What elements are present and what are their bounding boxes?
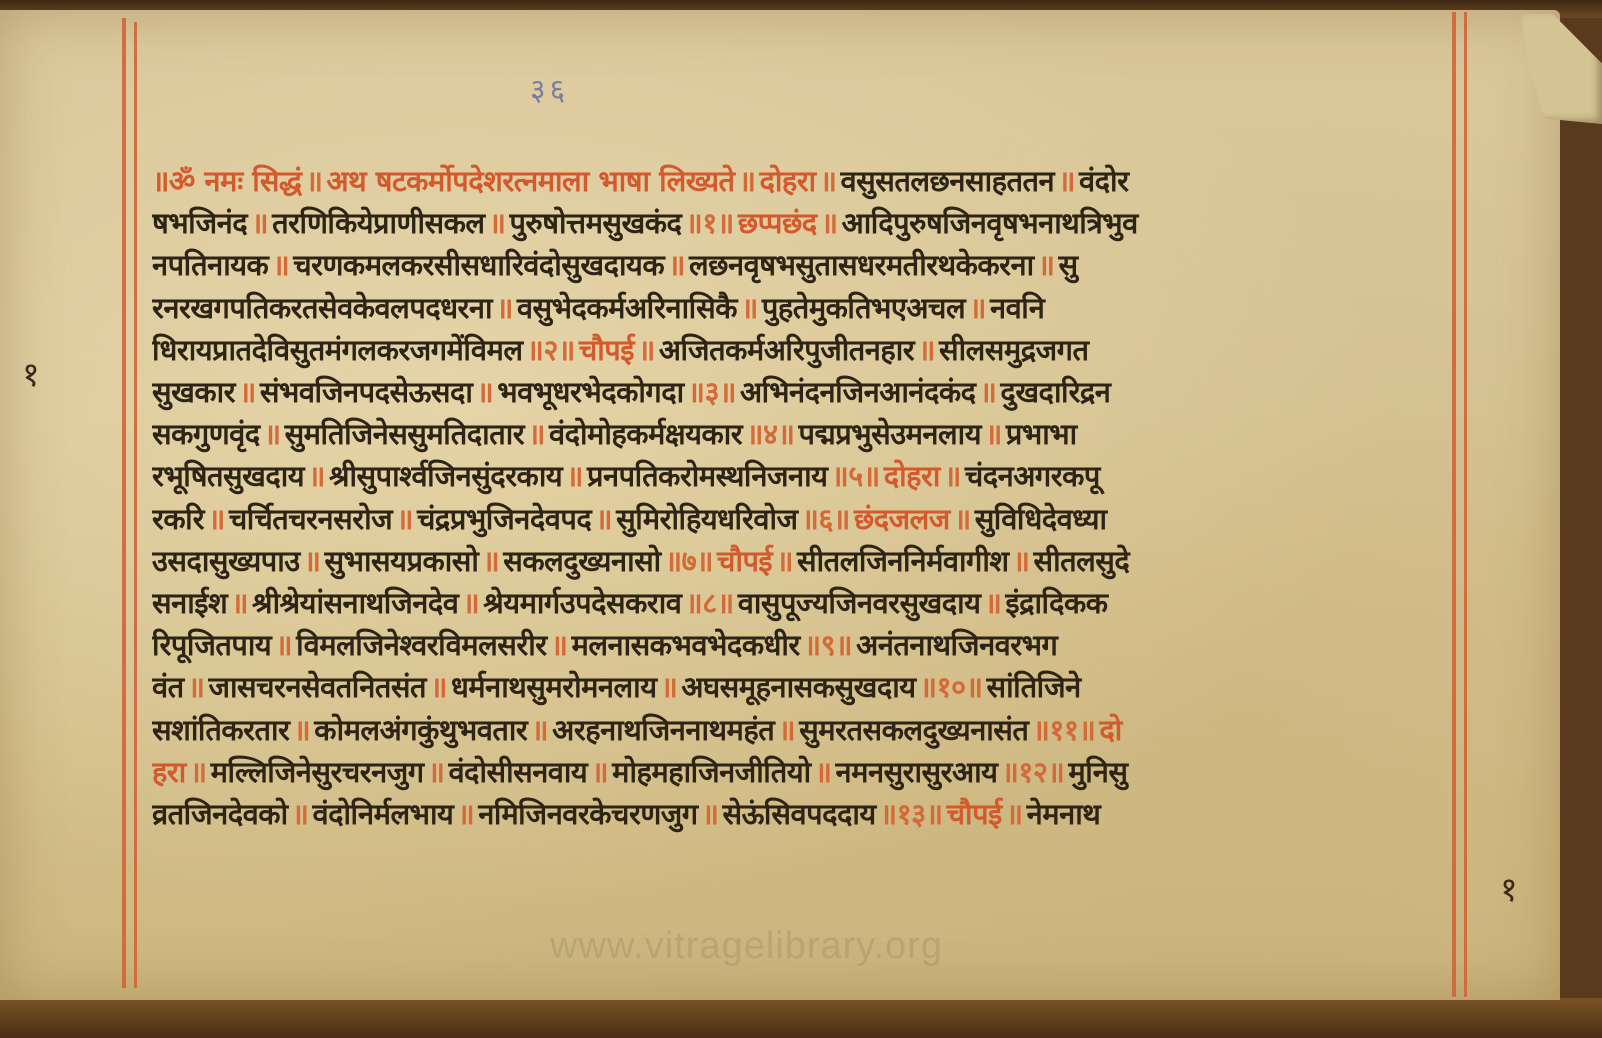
verse-separator: ॥५॥ bbox=[831, 455, 879, 497]
body-text: सीलसमुद्रजगत bbox=[939, 329, 1089, 371]
verse-separator: ॥ bbox=[638, 329, 655, 371]
body-text: नमनसुरासुरआय bbox=[836, 751, 998, 793]
verse-separator: ॥ bbox=[476, 371, 493, 413]
verse-separator: ॥ bbox=[208, 498, 225, 540]
watermark: www.vitragelibrary.org bbox=[550, 925, 943, 968]
manuscript-line: नपतिनायक॥चरणकमलकरसीसधारिवंदोसुखदायक॥लछनव… bbox=[152, 244, 1442, 286]
body-text: लछनवृषभसुतासधरमतीरथकेकरना bbox=[689, 244, 1034, 286]
body-text: दुखदारिद्रन bbox=[1000, 371, 1110, 413]
verse-separator: ॥ bbox=[661, 666, 678, 708]
body-text: वसुसतलछनसाहततन bbox=[841, 160, 1055, 202]
folio-number-left: १ bbox=[22, 350, 40, 396]
rubric-text: हरा bbox=[152, 751, 186, 793]
body-text: संभवजिनपदसेऊसदा bbox=[260, 371, 473, 413]
verse-separator: ॥ bbox=[668, 244, 685, 286]
body-text: अजितकर्मअरिपुजीतनहार bbox=[659, 329, 914, 371]
rubric-text: छप्पछंद bbox=[738, 202, 817, 244]
body-text: सनाईश bbox=[152, 582, 227, 624]
body-text: वंदोमोहकर्मक्षयकार bbox=[549, 413, 742, 455]
body-text: नपतिनायक bbox=[152, 244, 268, 286]
verse-separator: ॥ bbox=[591, 751, 608, 793]
body-text: पुहतेमुकतिभएअचल bbox=[762, 287, 965, 329]
rubric-text: चौपई bbox=[947, 793, 1002, 835]
body-text: श्रीसुपार्श्वजिनसुंदरकाय bbox=[329, 455, 562, 497]
verse-separator: ॥४॥ bbox=[746, 413, 794, 455]
verse-separator: ॥ bbox=[531, 709, 548, 751]
rubric-text: ॥ॐ नमः सिद्धं bbox=[152, 160, 302, 202]
body-text: रनरखगपतिकरतसेवकेवलपदधरना bbox=[152, 287, 492, 329]
verse-separator: ॥ bbox=[815, 751, 832, 793]
manuscript-line: ॥ॐ नमः सिद्धं॥अथ षटकर्मोपदेशरत्नमाला भाष… bbox=[152, 160, 1442, 202]
body-text: सुविधिदेवध्या bbox=[975, 498, 1107, 540]
left-margin-rule-outer bbox=[122, 18, 126, 988]
verse-separator: ॥९॥ bbox=[804, 624, 852, 666]
verse-separator: ॥ bbox=[304, 540, 321, 582]
verse-separator: ॥६॥ bbox=[802, 498, 850, 540]
verse-separator: ॥ bbox=[954, 498, 971, 540]
verse-separator: ॥ bbox=[188, 666, 205, 708]
body-text: वंत bbox=[152, 666, 184, 708]
body-text: अरहनाथजिननाथमहंत bbox=[552, 709, 774, 751]
manuscript-line: षभजिनंद॥तरणिकियेप्राणीसकल॥पुरुषोत्तमसुखक… bbox=[152, 202, 1442, 244]
body-text: धिरायप्रातदेविसुतमंगलकरजगमेंविमल bbox=[152, 329, 523, 371]
verse-separator: ॥ bbox=[462, 582, 479, 624]
verse-separator: ॥ bbox=[239, 371, 256, 413]
verse-separator: ॥ bbox=[918, 329, 935, 371]
verse-separator: ॥१॥ bbox=[685, 202, 733, 244]
verse-separator: ॥ bbox=[430, 666, 447, 708]
verse-separator: ॥ bbox=[496, 287, 513, 329]
verse-separator: ॥ bbox=[551, 624, 568, 666]
verse-separator: ॥ bbox=[293, 709, 310, 751]
body-text: प्रभाभा bbox=[1006, 413, 1077, 455]
pencil-annotation: ३६ bbox=[530, 68, 569, 109]
body-text: जासचरनसेवतनितसंत bbox=[209, 666, 427, 708]
body-text: चरणकमलकरसीसधारिवंदोसुखदायक bbox=[293, 244, 664, 286]
verse-separator: ॥ bbox=[702, 793, 719, 835]
body-text: सेऊंसिवपददाय bbox=[723, 793, 876, 835]
body-text: सुमिरोहियधरिवोज bbox=[616, 498, 797, 540]
verse-separator: ॥ bbox=[251, 202, 268, 244]
body-text: वंदोनिर्मलभाय bbox=[312, 793, 453, 835]
verse-separator: ॥ bbox=[292, 793, 309, 835]
verse-separator: ॥ bbox=[489, 202, 506, 244]
rubric-text: दो bbox=[1099, 709, 1121, 751]
verse-separator: ॥ bbox=[264, 413, 281, 455]
verse-separator: ॥ bbox=[1038, 244, 1055, 286]
verse-separator: ॥ bbox=[1013, 540, 1030, 582]
body-text: विमलजिनेश्वरविमलसरीर bbox=[296, 624, 547, 666]
body-text: उसदासुख्यपाउ bbox=[152, 540, 300, 582]
body-text: व्रतजिनदेवको bbox=[152, 793, 288, 835]
body-text: सकगुणवृंद bbox=[152, 413, 260, 455]
right-margin-rule-outer bbox=[1464, 12, 1467, 997]
body-text: रभूषितसुखदाय bbox=[152, 455, 304, 497]
body-text: वासुपूज्यजिनवरसुखदाय bbox=[738, 582, 981, 624]
verse-separator: ॥ bbox=[190, 751, 207, 793]
verse-separator: ॥ bbox=[428, 751, 445, 793]
body-text: आदिपुरुषजिनवृषभनाथत्रिभुव bbox=[842, 202, 1138, 244]
body-text: सांतिजिने bbox=[986, 666, 1080, 708]
verse-separator: ॥ bbox=[306, 160, 323, 202]
verse-separator: ॥ bbox=[820, 160, 837, 202]
body-text: श्रेयमार्गउपदेसकराव bbox=[483, 582, 681, 624]
manuscript-line: हरा॥मल्लिजिनेसुरचरनजुग॥वंदोसीसनवाय॥मोहमह… bbox=[152, 751, 1442, 793]
body-text: अनंतनाथजिनवरभग bbox=[856, 624, 1057, 666]
body-text: सीतलसुदे bbox=[1034, 540, 1130, 582]
body-text: चर्चितचरनसरोज bbox=[229, 498, 392, 540]
verse-separator: ॥ bbox=[980, 371, 997, 413]
body-text: वंदोसीसनवाय bbox=[448, 751, 587, 793]
verse-separator: ॥१०॥ bbox=[920, 666, 983, 708]
verse-separator: ॥ bbox=[528, 413, 545, 455]
body-text: चंदनअगरकपू bbox=[965, 455, 1100, 497]
verse-separator: ॥ bbox=[482, 540, 499, 582]
body-text: नवनि bbox=[990, 287, 1044, 329]
verse-separator: ॥८॥ bbox=[685, 582, 733, 624]
body-text: अभिनंदनजिनआनंदकंद bbox=[740, 371, 976, 413]
manuscript-line: रभूषितसुखदाय॥श्रीसुपार्श्वजिनसुंदरकाय॥प्… bbox=[152, 455, 1442, 497]
body-text: सशांतिकरतार bbox=[152, 709, 289, 751]
verse-separator: ॥३॥ bbox=[688, 371, 736, 413]
body-text: नमिजिनवरकेचरणजुग bbox=[478, 793, 697, 835]
verse-separator: ॥ bbox=[741, 287, 758, 329]
body-text: सीतलजिननिर्मवागीश bbox=[797, 540, 1009, 582]
body-text: सुभासयप्रकासो bbox=[325, 540, 479, 582]
manuscript-line: रनरखगपतिकरतसेवकेवलपदधरना॥वसुभेदकर्मअरिना… bbox=[152, 287, 1442, 329]
body-text: तरणिकियेप्राणीसकल bbox=[272, 202, 485, 244]
body-text: इंद्रादिकक bbox=[1005, 582, 1107, 624]
manuscript-line: धिरायप्रातदेविसुतमंगलकरजगमेंविमल॥२॥चौपई॥… bbox=[152, 329, 1442, 371]
verse-separator: ॥ bbox=[272, 244, 289, 286]
manuscript-line: रकरि॥चर्चितचरनसरोज॥चंद्रप्रभुजिनदेवपद॥सु… bbox=[152, 498, 1442, 540]
verse-separator: ॥२॥ bbox=[527, 329, 575, 371]
verse-separator: ॥ bbox=[1058, 160, 1075, 202]
body-text: सुमरतसकलदुख्यनासंत bbox=[799, 709, 1028, 751]
body-text: सु bbox=[1058, 244, 1077, 286]
body-text: सुमतिजिनेससुमतिदातार bbox=[285, 413, 525, 455]
verse-separator: ॥१३॥ bbox=[880, 793, 943, 835]
backdrop-bottom-edge bbox=[0, 998, 1602, 1038]
rubric-text: चौपई bbox=[717, 540, 772, 582]
body-text: श्रीश्रेयांसनाथजिनदेव bbox=[252, 582, 458, 624]
body-text: कोमलअंगकुंथुभवतार bbox=[314, 709, 527, 751]
verse-separator: ॥ bbox=[231, 582, 248, 624]
verse-separator: ॥११॥ bbox=[1032, 709, 1095, 751]
manuscript-line: सकगुणवृंद॥सुमतिजिनेससुमतिदातार॥वंदोमोहकर… bbox=[152, 413, 1442, 455]
verse-separator: ॥ bbox=[1006, 793, 1023, 835]
manuscript-line: वंत॥जासचरनसेवतनितसंत॥धर्मनाथसुमरोमनलाय॥अ… bbox=[152, 666, 1442, 708]
body-text: अघसमूहनासकसुखदाय bbox=[681, 666, 915, 708]
verse-separator: ॥ bbox=[566, 455, 583, 497]
manuscript-line: सुखकार॥संभवजिनपदसेऊसदा॥भवभूधरभेदकोगदा॥३॥… bbox=[152, 371, 1442, 413]
body-text: पुरुषोत्तमसुखकंद bbox=[509, 202, 681, 244]
body-text: रिपूजितपाय bbox=[152, 624, 271, 666]
body-text: मल्लिजिनेसुरचरनजुग bbox=[211, 751, 424, 793]
left-margin-rule-inner bbox=[134, 22, 137, 988]
manuscript-line: व्रतजिनदेवको॥वंदोनिर्मलभाय॥नमिजिनवरकेचरण… bbox=[152, 793, 1442, 835]
body-text: मोहमहाजिनजीतियो bbox=[612, 751, 811, 793]
manuscript-line: सनाईश॥श्रीश्रेयांसनाथजिनदेव॥श्रेयमार्गउप… bbox=[152, 582, 1442, 624]
right-margin-rule-inner bbox=[1452, 12, 1456, 997]
manuscript-line: उसदासुख्यपाउ॥सुभासयप्रकासो॥सकलदुख्यनासो॥… bbox=[152, 540, 1442, 582]
verse-separator: ॥१२॥ bbox=[1001, 751, 1064, 793]
body-text: वसुभेदकर्मअरिनासिकै bbox=[517, 287, 737, 329]
verse-separator: ॥ bbox=[275, 624, 292, 666]
verse-separator: ॥ bbox=[776, 540, 793, 582]
body-text: वंदोर bbox=[1079, 160, 1128, 202]
verse-separator: ॥ bbox=[778, 709, 795, 751]
rubric-text: अथ षटकर्मोपदेशरत्नमाला भाषा लिख्यते bbox=[326, 160, 734, 202]
body-text: भवभूधरभेदकोगदा bbox=[497, 371, 683, 413]
body-text: सकलदुख्यनासो bbox=[503, 540, 660, 582]
verse-separator: ॥ bbox=[739, 160, 756, 202]
verse-separator: ॥ bbox=[595, 498, 612, 540]
body-text: रकरि bbox=[152, 498, 204, 540]
rubric-text: चौपई bbox=[579, 329, 634, 371]
verse-separator: ॥ bbox=[308, 455, 325, 497]
verse-separator: ॥ bbox=[944, 455, 961, 497]
body-text: मुनिसु bbox=[1068, 751, 1127, 793]
body-text: सुखकार bbox=[152, 371, 235, 413]
verse-separator: ॥ bbox=[969, 287, 986, 329]
manuscript-line: सशांतिकरतार॥कोमलअंगकुंथुभवतार॥अरहनाथजिनन… bbox=[152, 708, 1442, 750]
verse-separator: ॥७॥ bbox=[665, 540, 713, 582]
verse-separator: ॥ bbox=[985, 582, 1002, 624]
manuscript-line: रिपूजितपाय॥विमलजिनेश्वरविमलसरीर॥मलनासकभव… bbox=[152, 624, 1442, 666]
verse-separator: ॥ bbox=[396, 498, 413, 540]
body-text: मलनासकभवभेदकधीर bbox=[572, 624, 800, 666]
body-text: चंद्रप्रभुजिनदेवपद bbox=[417, 498, 591, 540]
body-text: षभजिनंद bbox=[152, 202, 247, 244]
rubric-text: दोहरा bbox=[884, 455, 940, 497]
rubric-text: दोहरा bbox=[759, 160, 815, 202]
folio-number-right: १ bbox=[1500, 865, 1518, 911]
verse-separator: ॥ bbox=[985, 413, 1002, 455]
body-text: धर्मनाथसुमरोमनलाय bbox=[451, 666, 657, 708]
body-text: नेमनाथ bbox=[1027, 793, 1101, 835]
body-text: पद्मप्रभुसेउमनलाय bbox=[798, 413, 981, 455]
verse-separator: ॥ bbox=[821, 202, 838, 244]
body-text: प्रनपतिकरोमस्थनिजनाय bbox=[587, 455, 827, 497]
manuscript-text-block: ॥ॐ नमः सिद्धं॥अथ षटकर्मोपदेशरत्नमाला भाष… bbox=[152, 160, 1442, 835]
rubric-text: छंदजलज bbox=[854, 498, 950, 540]
verse-separator: ॥ bbox=[457, 793, 474, 835]
